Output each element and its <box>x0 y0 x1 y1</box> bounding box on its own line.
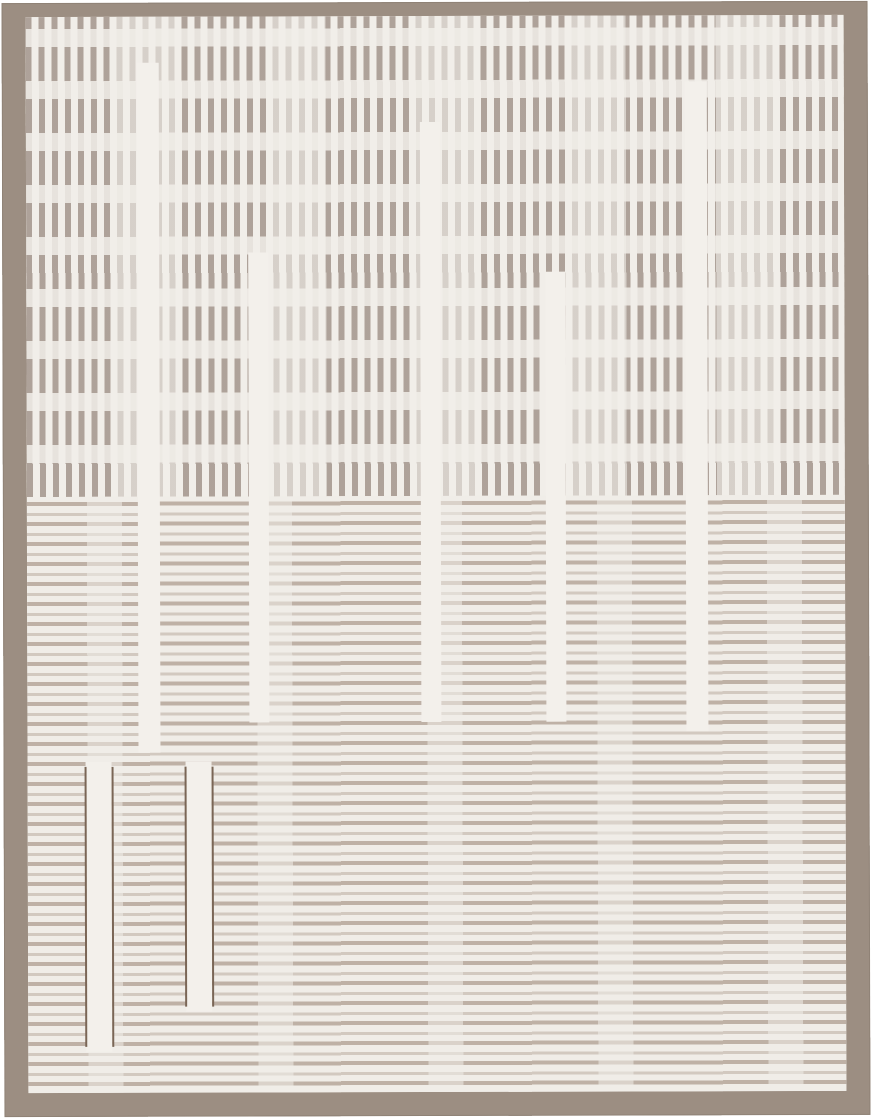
ivory-vertical-bar <box>137 63 161 753</box>
ivory-vertical-bar <box>545 272 566 722</box>
lower-left-column <box>86 762 113 1052</box>
ivory-vertical-bar <box>685 81 709 731</box>
ivory-vertical-bar <box>248 252 269 722</box>
rug-field <box>26 15 847 1093</box>
ivory-vertical-bar <box>420 122 442 722</box>
lower-left-column <box>186 762 213 1012</box>
rug <box>2 1 871 1117</box>
